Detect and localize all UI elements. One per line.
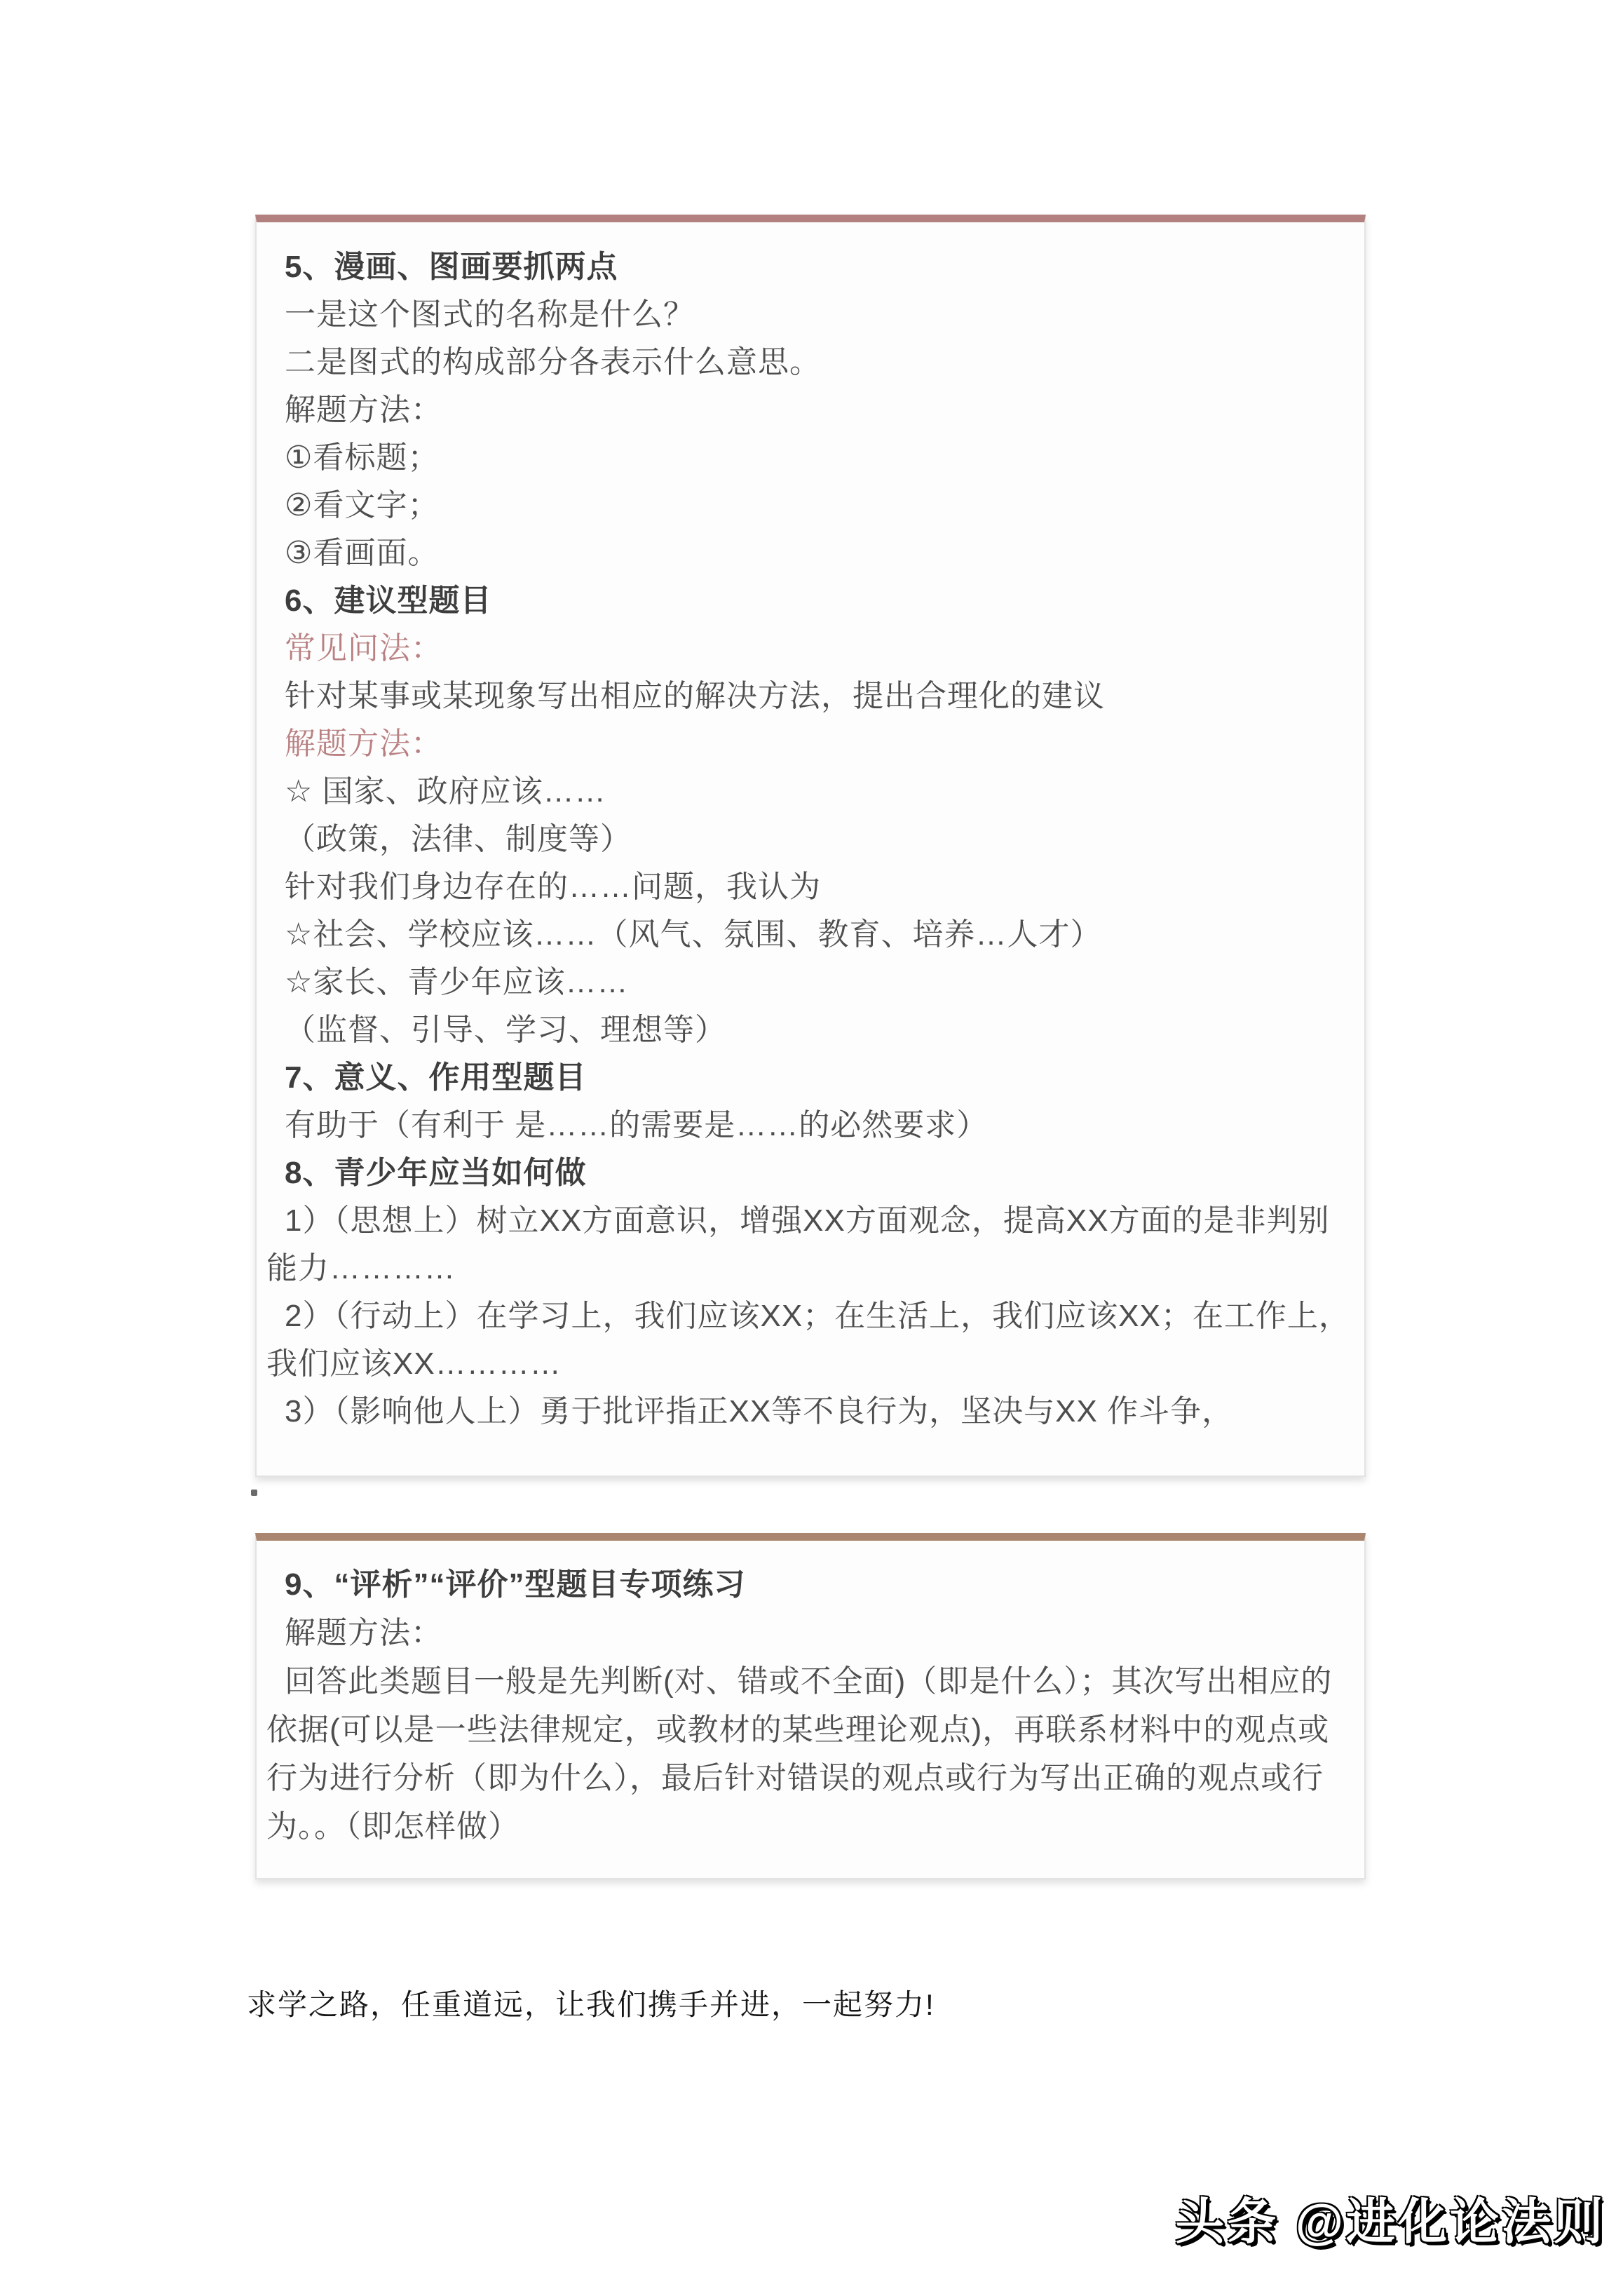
list-item-3: ③看画面。 bbox=[266, 529, 1353, 577]
paragraph: （政策，法律、制度等） bbox=[266, 816, 1353, 863]
study-notes-card-1: 5、漫画、图画要抓两点 一是这个图式的名称是什么？ 二是图式的构成部分各表示什么… bbox=[255, 215, 1366, 1477]
section-7-heading: 7、意义、作用型题目 bbox=[266, 1054, 1353, 1102]
stray-dot bbox=[251, 1490, 257, 1496]
section-8-heading: 8、青少年应当如何做 bbox=[266, 1149, 1353, 1197]
paragraph: 针对我们身边存在的……问题，我认为 bbox=[266, 863, 1353, 911]
paragraph: 一是这个图式的名称是什么？ bbox=[266, 291, 1353, 339]
page: { "colors": { "card1_top_border": "#b280… bbox=[0, 0, 1623, 2296]
section-6-heading: 6、建议型题目 bbox=[266, 577, 1353, 625]
star-item-country: ☆ 国家、政府应该…… bbox=[266, 768, 1353, 816]
study-notes-card-2: 9、“评析”“评价”型题目专项练习 解题方法： 回答此类题目一般是先判断(对、错… bbox=[255, 1533, 1366, 1879]
star-item-parents: ☆家长、青少年应该…… bbox=[266, 959, 1353, 1006]
solution-method-label: 解题方法： bbox=[266, 1609, 1353, 1657]
toutiao-watermark: 头条 @进化论法则 bbox=[1175, 2182, 1605, 2253]
numbered-item-2: 2）（行动上）在学习上，我们应该XX；在生活上，我们应该XX；在工作上，我们应该… bbox=[266, 1292, 1353, 1388]
paragraph: 针对某事或某现象写出相应的解决方法，提出合理化的建议 bbox=[266, 673, 1353, 720]
paragraph: 回答此类题目一般是先判断(对、错或不全面)（即是什么）；其次写出相应的依据(可以… bbox=[266, 1657, 1353, 1851]
paragraph: （监督、引导、学习、理想等） bbox=[266, 1006, 1353, 1054]
paragraph: 二是图式的构成部分各表示什么意思。 bbox=[266, 339, 1353, 386]
paragraph: 有助于（有利于 是……的需要是……的必然要求） bbox=[266, 1102, 1353, 1149]
section-9-heading: 9、“评析”“评价”型题目专项练习 bbox=[266, 1560, 1353, 1609]
numbered-item-1: 1）（思想上）树立XX方面意识，增强XX方面观念，提高XX方面的是非判别能力……… bbox=[266, 1197, 1353, 1292]
solution-method-label: 解题方法： bbox=[266, 386, 1353, 434]
list-item-2: ②看文字； bbox=[266, 482, 1353, 529]
footer-slogan: 求学之路，任重道远，让我们携手并进，一起努力! bbox=[247, 1982, 935, 2024]
list-item-1: ①看标题； bbox=[266, 434, 1353, 482]
numbered-item-3: 3）（影响他人上）勇于批评指正XX等不良行为，坚决与XX 作斗争， bbox=[266, 1388, 1353, 1436]
section-5-heading: 5、漫画、图画要抓两点 bbox=[266, 243, 1353, 291]
star-item-society: ☆社会、学校应该……（风气、氛围、教育、培养…人才） bbox=[266, 911, 1353, 959]
common-question-label: 常见问法： bbox=[266, 625, 1353, 673]
solution-method-label: 解题方法： bbox=[266, 720, 1353, 768]
